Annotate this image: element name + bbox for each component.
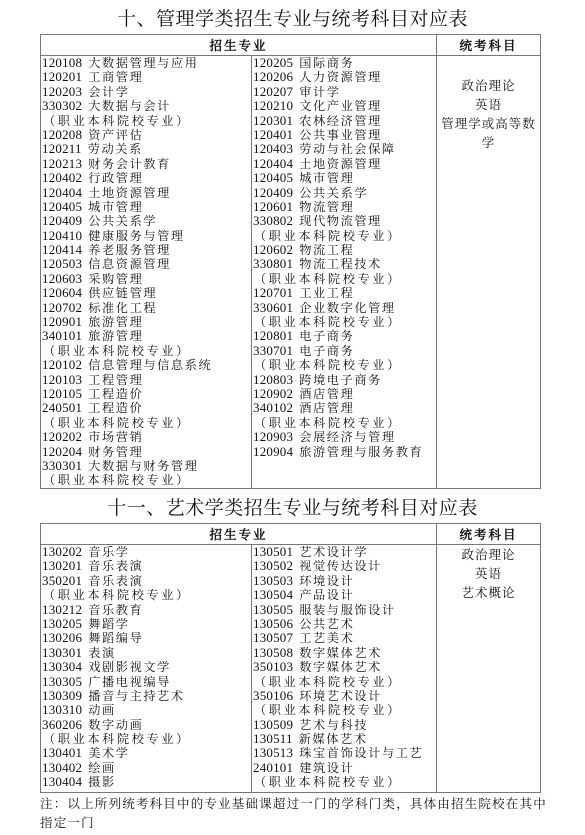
major-code: 120301 — [253, 113, 293, 128]
major-item: 130503环境设计 — [252, 574, 436, 588]
major-item: 120503信息资源管理 — [41, 257, 251, 271]
major-name: 旅游管理 — [88, 329, 143, 343]
major-item: 120901旅游管理 — [41, 315, 251, 329]
major-code: 120208 — [42, 127, 82, 142]
major-name: 企业数字化管理 — [299, 301, 396, 315]
major-name: 公共关系学 — [299, 186, 368, 200]
major-code: 330801 — [253, 256, 293, 271]
major-note: （职业本科院校专业） — [41, 344, 251, 358]
major-name: 城市管理 — [88, 200, 143, 214]
major-code: 340102 — [253, 400, 293, 415]
major-item: 350201音乐表演 — [41, 574, 251, 588]
header-subjects: 统考科目 — [437, 35, 541, 56]
major-code: 120603 — [42, 271, 82, 286]
major-code: 130404 — [42, 774, 82, 789]
major-name: 工程造价 — [88, 401, 143, 415]
majors-left-column: 120108大数据管理与应用120201工商管理120203会计学330302大… — [41, 56, 252, 489]
header-subjects: 统考科目 — [437, 524, 541, 545]
major-item: 120601物流管理 — [252, 200, 436, 214]
subject-item: 学 — [437, 133, 540, 152]
major-name: 环境艺术设计 — [299, 689, 382, 703]
major-note: （职业本科院校专业） — [252, 416, 436, 430]
major-code: 130305 — [42, 674, 82, 689]
major-note: （职业本科院校专业） — [41, 732, 251, 746]
subject-item: 管理学或高等数 — [437, 114, 540, 133]
major-name: 绘画 — [88, 761, 116, 775]
major-name: 数字媒体艺术 — [299, 646, 382, 660]
major-name: 工业工程 — [299, 286, 354, 300]
major-name: 艺术设计学 — [299, 545, 368, 559]
major-item: 130310动画 — [41, 703, 251, 717]
major-code: 120402 — [42, 170, 82, 185]
major-item: 120801电子商务 — [252, 329, 436, 343]
major-name: 服装与服饰设计 — [299, 603, 396, 617]
major-code: 120414 — [42, 242, 82, 257]
major-code: 130202 — [42, 544, 82, 559]
major-item: 120405城市管理 — [41, 200, 251, 214]
major-code: 120604 — [42, 285, 82, 300]
major-item: 120403劳动与社会保障 — [252, 142, 436, 156]
major-code: 130201 — [42, 558, 82, 573]
subject-item: 艺术概论 — [437, 583, 540, 602]
major-item: 130205舞蹈学 — [41, 617, 251, 631]
major-item: 130508数字媒体艺术 — [252, 646, 436, 660]
major-name: 表演 — [88, 646, 116, 660]
major-name: 土地资源管理 — [88, 186, 171, 200]
major-item: 130505服装与服饰设计 — [252, 603, 436, 617]
major-item: 120603采购管理 — [41, 272, 251, 286]
major-name: 酒店管理 — [299, 401, 354, 415]
major-name: 国际商务 — [299, 56, 354, 70]
major-name: 环境设计 — [299, 574, 354, 588]
major-name: 舞蹈学 — [88, 617, 129, 631]
major-item: 360206数字动画 — [41, 718, 251, 732]
major-item: 130304戏剧影视文学 — [41, 660, 251, 674]
major-code: 120404 — [253, 156, 293, 171]
major-code: 240101 — [253, 760, 293, 775]
major-code: 120102 — [42, 357, 82, 372]
major-item: 130301表演 — [41, 646, 251, 660]
major-name: 资产评估 — [88, 128, 143, 142]
major-name: 音乐教育 — [88, 603, 143, 617]
major-item: 130202音乐学 — [41, 545, 251, 559]
major-item: 120701工业工程 — [252, 286, 436, 300]
major-code: 120803 — [253, 372, 293, 387]
major-item: 130507工艺美术 — [252, 631, 436, 645]
major-item: 330802现代物流管理 — [252, 214, 436, 228]
major-name: 信息资源管理 — [88, 257, 171, 271]
major-code: 130402 — [42, 760, 82, 775]
major-name: 财务会计教育 — [88, 157, 171, 171]
major-name: 旅游管理 — [88, 315, 143, 329]
major-name: 公共关系学 — [88, 214, 157, 228]
major-name: 财务管理 — [88, 445, 143, 459]
major-code: 120205 — [253, 55, 293, 70]
major-name: 电子商务 — [299, 344, 354, 358]
major-item: 130506公共艺术 — [252, 617, 436, 631]
major-code: 120202 — [42, 429, 82, 444]
major-item: 130404摄影 — [41, 775, 251, 789]
major-name: 信息管理与信息系统 — [88, 358, 212, 372]
major-code: 120201 — [42, 69, 82, 84]
major-name: 播音与主持艺术 — [88, 689, 185, 703]
major-name: 公共艺术 — [299, 617, 354, 631]
major-note: （职业本科院校专业） — [41, 114, 251, 128]
major-code: 130504 — [253, 587, 293, 602]
major-code: 120404 — [42, 185, 82, 200]
major-item: 130401美术学 — [41, 746, 251, 760]
major-item: 120205国际商务 — [252, 56, 436, 70]
major-item: 130212音乐教育 — [41, 603, 251, 617]
major-name: 人力资源管理 — [299, 70, 382, 84]
major-code: 120409 — [42, 213, 82, 228]
major-code: 130502 — [253, 558, 293, 573]
major-name: 摄影 — [88, 775, 116, 789]
major-code: 120211 — [42, 141, 82, 156]
major-item: 120103工程管理 — [41, 373, 251, 387]
major-code: 330802 — [253, 213, 293, 228]
major-code: 120602 — [253, 242, 293, 257]
major-code: 120204 — [42, 444, 82, 459]
major-note: （职业本科院校专业） — [252, 229, 436, 243]
major-item: 120803跨境电子商务 — [252, 373, 436, 387]
major-code: 120901 — [42, 314, 82, 329]
major-item: 120108大数据管理与应用 — [41, 56, 251, 70]
header-majors: 招生专业 — [41, 35, 437, 56]
major-item: 120207审计学 — [252, 85, 436, 99]
major-name: 养老服务管理 — [88, 243, 171, 257]
major-name: 采购管理 — [88, 272, 143, 286]
major-name: 审计学 — [299, 85, 340, 99]
major-name: 建筑设计 — [299, 761, 354, 775]
major-name: 土地资源管理 — [299, 157, 382, 171]
major-code: 120206 — [253, 69, 293, 84]
major-name: 音乐学 — [88, 545, 129, 559]
major-note: （职业本科院校专业） — [41, 473, 251, 487]
major-item: 120402行政管理 — [41, 171, 251, 185]
major-item: 120702标准化工程 — [41, 301, 251, 315]
major-item: 120210文化产业管理 — [252, 99, 436, 113]
major-item: 120904旅游管理与服务教育 — [252, 445, 436, 459]
subject-item: 政治理论 — [437, 76, 540, 95]
major-name: 视觉传达设计 — [299, 559, 382, 573]
major-note: （职业本科院校专业） — [252, 675, 436, 689]
major-item: 120404土地资源管理 — [41, 186, 251, 200]
major-name: 会展经济与管理 — [299, 430, 396, 444]
major-code: 120503 — [42, 256, 82, 271]
major-name: 艺术与科技 — [299, 718, 368, 732]
major-item: 130502视觉传达设计 — [252, 559, 436, 573]
major-item: 330301大数据与财务管理 — [41, 459, 251, 473]
majors-right-column: 120205国际商务120206人力资源管理120207审计学120210文化产… — [252, 56, 437, 489]
major-item: 130309播音与主持艺术 — [41, 689, 251, 703]
major-code: 130505 — [253, 602, 293, 617]
major-code: 130503 — [253, 573, 293, 588]
major-name: 产品设计 — [299, 588, 354, 602]
section-title-management: 十、管理学类招生专业与统考科目对应表 — [0, 4, 585, 31]
major-code: 350201 — [42, 573, 82, 588]
major-name: 广播电视编导 — [88, 675, 171, 689]
major-item: 120208资产评估 — [41, 128, 251, 142]
major-item: 120204财务管理 — [41, 445, 251, 459]
major-code: 120601 — [253, 199, 293, 214]
art-majors-table: 招生专业 统考科目 130202音乐学130201音乐表演350201音乐表演（… — [40, 523, 541, 793]
subjects-cell: 政治理论英语艺术概论 — [437, 545, 541, 793]
major-item: 120203会计学 — [41, 85, 251, 99]
major-item: 120105工程造价 — [41, 387, 251, 401]
subjects-cell: 政治理论英语管理学或高等数学 — [437, 56, 541, 489]
major-code: 330701 — [253, 343, 293, 358]
major-item: 240101建筑设计 — [252, 761, 436, 775]
major-code: 360206 — [42, 717, 82, 732]
major-code: 120405 — [42, 199, 82, 214]
major-name: 美术学 — [88, 746, 129, 760]
major-code: 130401 — [42, 745, 82, 760]
major-name: 市场营销 — [88, 430, 143, 444]
major-item: 240501工程造价 — [41, 401, 251, 415]
major-name: 动画 — [88, 703, 116, 717]
majors-right-column: 130501艺术设计学130502视觉传达设计130503环境设计130504产… — [252, 545, 437, 793]
majors-left-column: 130202音乐学130201音乐表演350201音乐表演（职业本科院校专业）1… — [41, 545, 252, 793]
major-code: 130206 — [42, 630, 82, 645]
management-majors-table: 招生专业 统考科目 120108大数据管理与应用120201工商管理120203… — [40, 34, 541, 489]
major-item: 330601企业数字化管理 — [252, 301, 436, 315]
major-item: 130504产品设计 — [252, 588, 436, 602]
major-name: 旅游管理与服务教育 — [299, 445, 423, 459]
major-item: 120903会展经济与管理 — [252, 430, 436, 444]
major-note: （职业本科院校专业） — [252, 703, 436, 717]
major-code: 120903 — [253, 429, 293, 444]
major-item: 120410健康服务与管理 — [41, 229, 251, 243]
major-name: 工程管理 — [88, 373, 143, 387]
major-code: 130507 — [253, 630, 293, 645]
major-name: 物流工程技术 — [299, 257, 382, 271]
major-code: 120210 — [253, 98, 293, 113]
major-note: （职业本科院校专业） — [41, 588, 251, 602]
major-name: 珠宝首饰设计与工艺 — [299, 746, 423, 760]
major-code: 120213 — [42, 156, 82, 171]
major-item: 120202市场营销 — [41, 430, 251, 444]
major-name: 标准化工程 — [88, 301, 157, 315]
major-item: 130305广播电视编导 — [41, 675, 251, 689]
major-item: 350106环境艺术设计 — [252, 689, 436, 703]
major-note: （职业本科院校专业） — [252, 358, 436, 372]
major-item: 130501艺术设计学 — [252, 545, 436, 559]
major-item: 350103数字媒体艺术 — [252, 660, 436, 674]
major-item: 120213财务会计教育 — [41, 157, 251, 171]
major-name: 行政管理 — [88, 171, 143, 185]
major-code: 130509 — [253, 717, 293, 732]
major-note: （职业本科院校专业） — [41, 416, 251, 430]
subject-item: 英语 — [437, 95, 540, 114]
major-item: 330302大数据与会计 — [41, 99, 251, 113]
major-code: 130304 — [42, 659, 82, 674]
major-item: 120405城市管理 — [252, 171, 436, 185]
major-code: 340101 — [42, 328, 82, 343]
major-item: 130201音乐表演 — [41, 559, 251, 573]
major-item: 120604供应链管理 — [41, 286, 251, 300]
major-item: 120414养老服务管理 — [41, 243, 251, 257]
major-item: 330801物流工程技术 — [252, 257, 436, 271]
major-code: 350106 — [253, 688, 293, 703]
major-item: 120404土地资源管理 — [252, 157, 436, 171]
major-code: 120702 — [42, 300, 82, 315]
major-name: 公共事业管理 — [299, 128, 382, 142]
major-name: 健康服务与管理 — [88, 229, 185, 243]
major-code: 130310 — [42, 702, 82, 717]
major-name: 戏剧影视文学 — [88, 660, 171, 674]
major-item: 130511新媒体艺术 — [252, 732, 436, 746]
major-item: 120409公共关系学 — [41, 214, 251, 228]
major-item: 120409公共关系学 — [252, 186, 436, 200]
major-name: 物流工程 — [299, 243, 354, 257]
subject-item: 政治理论 — [437, 545, 540, 564]
major-code: 120902 — [253, 386, 293, 401]
major-code: 130506 — [253, 616, 293, 631]
major-code: 330301 — [42, 458, 82, 473]
section-title-art: 十一、艺术学类招生专业与统考科目对应表 — [0, 493, 585, 520]
major-code: 330302 — [42, 98, 82, 113]
major-name: 电子商务 — [299, 329, 354, 343]
major-item: 330701电子商务 — [252, 344, 436, 358]
footnote: 注：以上所列统考科目中的专业基础课超过一门的学科门类，具体由招生院校在其中指定一… — [40, 794, 560, 832]
major-name: 会计学 — [88, 85, 129, 99]
major-code: 120904 — [253, 444, 293, 459]
major-item: 340102酒店管理 — [252, 401, 436, 415]
major-name: 数字动画 — [88, 718, 143, 732]
major-code: 130301 — [42, 645, 82, 660]
major-code: 130212 — [42, 602, 82, 617]
major-code: 130508 — [253, 645, 293, 660]
major-code: 120410 — [42, 228, 82, 243]
major-item: 120211劳动关系 — [41, 142, 251, 156]
major-name: 劳动关系 — [88, 142, 143, 156]
major-code: 120801 — [253, 328, 293, 343]
major-item: 130513珠宝首饰设计与工艺 — [252, 746, 436, 760]
major-note: （职业本科院校专业） — [252, 315, 436, 329]
major-name: 现代物流管理 — [299, 214, 382, 228]
major-name: 物流管理 — [299, 200, 354, 214]
major-code: 130309 — [42, 688, 82, 703]
major-code: 130511 — [253, 731, 293, 746]
major-code: 120203 — [42, 84, 82, 99]
major-name: 农林经济管理 — [299, 114, 382, 128]
major-name: 劳动与社会保障 — [299, 142, 396, 156]
major-code: 130205 — [42, 616, 82, 631]
major-name: 音乐表演 — [88, 559, 143, 573]
major-name: 新媒体艺术 — [299, 732, 368, 746]
subject-item: 英语 — [437, 564, 540, 583]
major-name: 酒店管理 — [299, 387, 354, 401]
major-item: 130206舞蹈编导 — [41, 631, 251, 645]
major-item: 120401公共事业管理 — [252, 128, 436, 142]
major-item: 120201工商管理 — [41, 70, 251, 84]
major-note: （职业本科院校专业） — [252, 272, 436, 286]
major-item: 130509艺术与科技 — [252, 718, 436, 732]
major-name: 舞蹈编导 — [88, 631, 143, 645]
major-code: 120207 — [253, 84, 293, 99]
major-name: 数字媒体艺术 — [299, 660, 382, 674]
major-name: 文化产业管理 — [299, 99, 382, 113]
major-name: 大数据与财务管理 — [88, 459, 198, 473]
major-item: 340101旅游管理 — [41, 329, 251, 343]
major-name: 大数据与会计 — [88, 99, 171, 113]
major-name: 跨境电子商务 — [299, 373, 382, 387]
major-name: 大数据管理与应用 — [88, 56, 198, 70]
major-name: 工程造价 — [88, 387, 143, 401]
major-code: 130501 — [253, 544, 293, 559]
major-item: 120602物流工程 — [252, 243, 436, 257]
major-item: 120206人力资源管理 — [252, 70, 436, 84]
major-code: 120103 — [42, 372, 82, 387]
major-code: 120701 — [253, 285, 293, 300]
major-item: 120301农林经济管理 — [252, 114, 436, 128]
major-code: 120409 — [253, 185, 293, 200]
header-majors: 招生专业 — [41, 524, 437, 545]
major-code: 120105 — [42, 386, 82, 401]
major-code: 240501 — [42, 400, 82, 415]
major-name: 工商管理 — [88, 70, 143, 84]
major-name: 工艺美术 — [299, 631, 354, 645]
major-note: （职业本科院校专业） — [252, 775, 436, 789]
major-code: 120108 — [42, 55, 82, 70]
major-code: 120405 — [253, 170, 293, 185]
major-code: 120403 — [253, 141, 293, 156]
major-code: 350103 — [253, 659, 293, 674]
major-item: 130402绘画 — [41, 761, 251, 775]
major-code: 120401 — [253, 127, 293, 142]
major-name: 城市管理 — [299, 171, 354, 185]
major-name: 音乐表演 — [88, 574, 143, 588]
major-code: 330601 — [253, 300, 293, 315]
major-code: 130513 — [253, 745, 293, 760]
major-item: 120102信息管理与信息系统 — [41, 358, 251, 372]
major-item: 120902酒店管理 — [252, 387, 436, 401]
major-name: 供应链管理 — [88, 286, 157, 300]
